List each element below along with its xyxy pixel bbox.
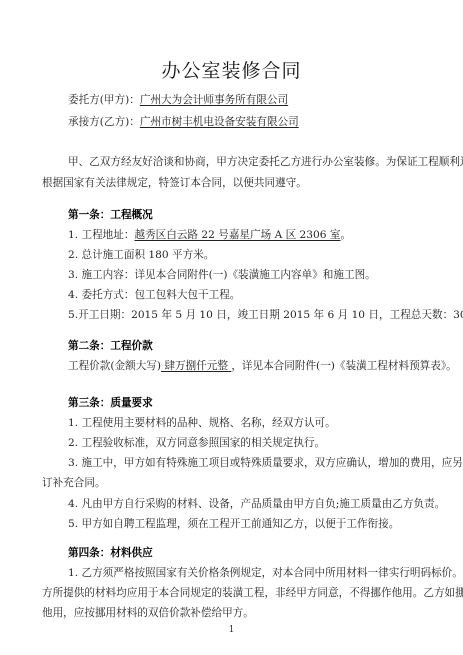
project-address: 越秀区白云路 22 号嘉星广场 A 区 2306 室: [134, 229, 340, 241]
section-3-item-5: 5. 甲方如自聘工程监理，须在工程开工前通知乙方，以便于工作衔接。: [68, 517, 399, 531]
section-3-item-3-line-1: 3. 施工中，甲方如有特殊施工项目或特殊质量要求，双方应确认，增加的费用，应另签: [68, 456, 463, 470]
document-title: 办公室装修合同: [0, 56, 463, 83]
section-4-item-1-line-3: 他用，应按挪用材料的双倍价款补偿给甲方。: [42, 606, 254, 620]
price-label: 工程价款(金额大写): [68, 360, 161, 372]
party-a-label: 委托方(甲方)：: [68, 94, 140, 106]
party-a-line: 委托方(甲方)：广州大为会计师事务所有限公司: [68, 93, 288, 107]
item-suffix: 。: [340, 229, 351, 241]
page-number: 1: [0, 625, 463, 635]
intro-line-1: 甲、乙双方经友好洽谈和协商，甲方决定委托乙方进行办公室装修。为保证工程顺利进行，: [68, 155, 463, 169]
section-3-item-1: 1. 工程使用主要材料的品种、规格、名称，经双方认可。: [68, 416, 336, 430]
section-3-item-4: 4. 凡由甲方自行采购的材料、设备，产品质量由甲方自负;施工质量由乙方负责。: [68, 497, 445, 511]
party-b-name: 广州市树丰机电设备安装有限公司: [140, 116, 299, 128]
section-1-item-5: 5.开工日期：2015 年 5 月 10 日，竣工日期 2015 年 6 月 1…: [68, 308, 463, 322]
party-b-label: 承接方(乙方)：: [68, 116, 140, 128]
intro-line-2: 根据国家有关法律规定，特签订本合同，以便共同遵守。: [42, 176, 307, 190]
section-2-price-line: 工程价款(金额大写) 肆万捌仟元整 ，详见本合同附件(一)《装潢工程材料预算表》…: [68, 359, 457, 373]
section-1-heading: 第一条：工程概况: [68, 208, 153, 222]
section-4-item-1-line-1: 1. 乙方须严格按照国家有关价格条例规定，对本合同中所用材料一律实行明码标价。甲: [68, 566, 463, 580]
section-3-heading: 第三条：质量要求: [68, 396, 153, 410]
section-3-item-2: 2. 工程验收标准，双方同意参照国家的相关规定执行。: [68, 436, 325, 450]
section-1-item-1: 1. 工程地址：越秀区白云路 22 号嘉星广场 A 区 2306 室。: [68, 228, 351, 242]
document-page: 办公室装修合同 委托方(甲方)：广州大为会计师事务所有限公司 承接方(乙方)：广…: [0, 0, 463, 655]
party-a-name: 广州大为会计师事务所有限公司: [140, 94, 288, 106]
price-amount: 肆万捌仟元整: [161, 360, 231, 372]
section-3-item-3-line-2: 订补充合同。: [42, 476, 106, 490]
item-prefix: 1. 工程地址：: [68, 229, 134, 241]
party-b-line: 承接方(乙方)：广州市树丰机电设备安装有限公司: [68, 115, 299, 129]
section-2-heading: 第二条：工程价款: [68, 339, 153, 353]
section-1-item-4: 4. 委托方式：包工包料大包干工程。: [68, 288, 240, 302]
section-1-item-2: 2. 总计施工面积 180 平方米。: [68, 248, 214, 262]
section-1-item-3: 3. 施工内容：详见本合同附件(一)《装潢施工内容单》和施工图。: [68, 268, 376, 282]
section-4-heading: 第四条：材料供应: [68, 546, 153, 560]
section-4-item-1-line-2: 方所提供的材料均应用于本合同规定的装潢工程，非经甲方同意，不得挪作他用。乙方如挪…: [42, 586, 463, 600]
price-suffix: ，详见本合同附件(一)《装潢工程材料预算表》。: [231, 360, 456, 372]
